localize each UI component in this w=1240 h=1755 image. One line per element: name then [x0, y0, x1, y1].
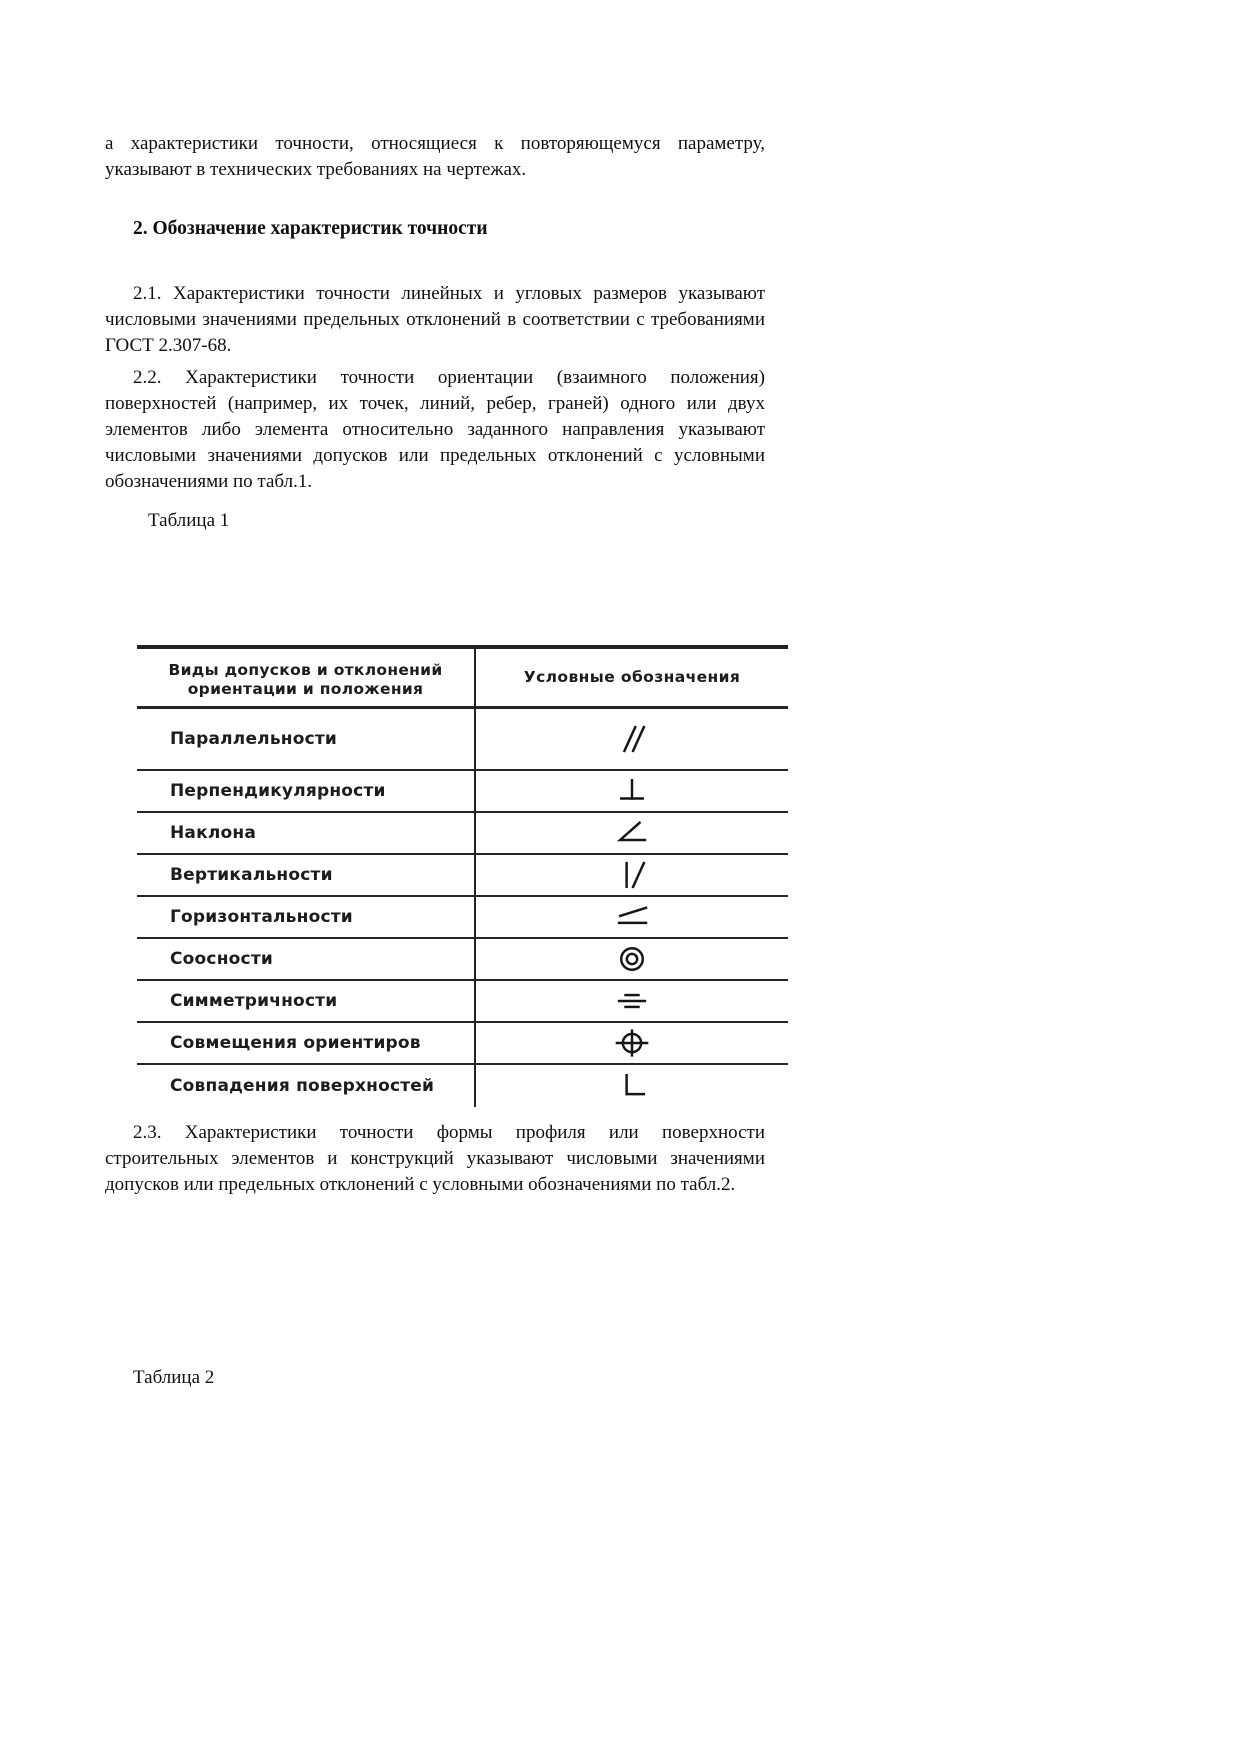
- tolerance-type-label: Совпадения поверхностей: [137, 1065, 474, 1107]
- table-row: Параллельности: [137, 709, 788, 771]
- horizontality-icon: [614, 903, 650, 931]
- tolerance-type-label: Соосности: [137, 939, 474, 979]
- symbol-cell: [474, 897, 788, 937]
- parallelism-icon: [614, 725, 650, 753]
- perpendicularity-icon: [614, 777, 650, 805]
- table-row: Горизонтальности: [137, 897, 788, 939]
- table2-caption: Таблица 2: [133, 1365, 765, 1391]
- table-row: Соосности: [137, 939, 788, 981]
- symbol-cell: [474, 981, 788, 1021]
- symbol-cell: [474, 1023, 788, 1063]
- table1-col1-header: Виды допусков и отклонений ориентации и …: [137, 649, 474, 706]
- paragraph-2-1: 2.1. Характеристики точности линейных и …: [105, 281, 765, 359]
- alignment-of-reference-marks-icon: [614, 1029, 650, 1057]
- table1-col2-header: Условные обозначения: [474, 649, 788, 706]
- table1-header-row: Виды допусков и отклонений ориентации и …: [137, 649, 788, 709]
- inclination-icon: [614, 819, 650, 847]
- tolerance-type-label: Вертикальности: [137, 855, 474, 895]
- coincidence-of-surfaces-icon: [614, 1072, 650, 1100]
- tolerance-type-label: Наклона: [137, 813, 474, 853]
- symbol-cell: [474, 771, 788, 811]
- tolerance-type-label: Симметричности: [137, 981, 474, 1021]
- symbol-cell: [474, 855, 788, 895]
- tolerance-type-label: Перпендикулярности: [137, 771, 474, 811]
- symmetry-icon: [614, 987, 650, 1015]
- tolerance-type-label: Параллельности: [137, 709, 474, 769]
- table-row: Наклона: [137, 813, 788, 855]
- table-row: Совмещения ориентиров: [137, 1023, 788, 1065]
- symbol-cell: [474, 939, 788, 979]
- symbol-cell: [474, 1065, 788, 1107]
- tolerance-type-label: Совмещения ориентиров: [137, 1023, 474, 1063]
- table-row: Совпадения поверхностей: [137, 1065, 788, 1107]
- table-row: Перпендикулярности: [137, 771, 788, 813]
- paragraph-intro: а характеристики точности, относящиеся к…: [105, 131, 765, 183]
- table-row: Вертикальности: [137, 855, 788, 897]
- section-heading: 2. Обозначение характеристик точности: [133, 216, 765, 242]
- table1-caption: Таблица 1: [148, 508, 765, 534]
- symbol-cell: [474, 813, 788, 853]
- paragraph-2-2: 2.2. Характеристики точности ориентации …: [105, 365, 765, 495]
- document-page: а характеристики точности, относящиеся к…: [0, 0, 1240, 1755]
- tolerance-type-label: Горизонтальности: [137, 897, 474, 937]
- verticality-icon: [614, 861, 650, 889]
- symbol-cell: [474, 709, 788, 769]
- coaxiality-icon: [614, 945, 650, 973]
- paragraph-2-3: 2.3. Характеристики точности формы профи…: [105, 1120, 765, 1198]
- table1: Виды допусков и отклонений ориентации и …: [137, 645, 788, 1107]
- table-row: Симметричности: [137, 981, 788, 1023]
- content-column: а характеристики точности, относящиеся к…: [105, 0, 765, 1391]
